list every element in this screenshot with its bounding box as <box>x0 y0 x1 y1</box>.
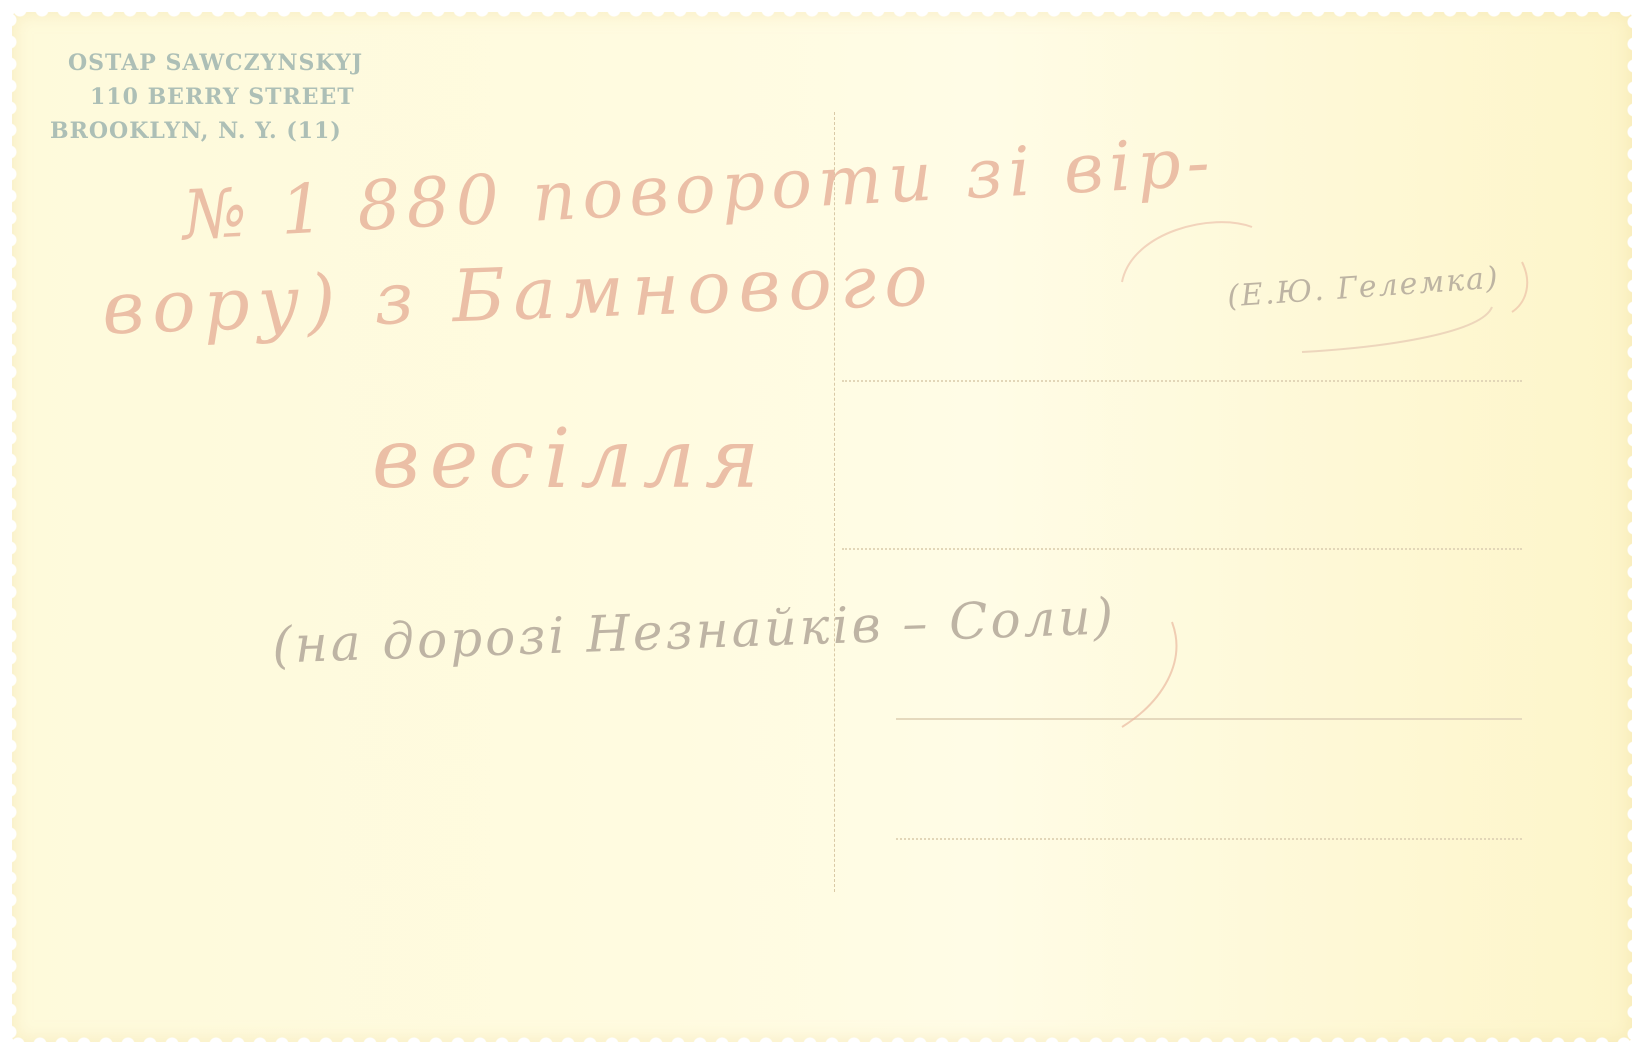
handwriting-line-2: вору) з Бамнового <box>101 237 937 350</box>
address-line-3 <box>896 718 1522 720</box>
center-divider <box>834 112 835 892</box>
handwriting-line-3: весілля <box>372 412 769 507</box>
address-line-1 <box>842 380 1522 382</box>
stamp-city: BROOKLYN, N. Y. (11) <box>50 114 363 148</box>
postcard: OSTAP SAWCZYNSKYJ 110 BERRY STREET BROOK… <box>12 12 1632 1042</box>
stamp-street: 110 BERRY STREET <box>50 80 363 114</box>
deckle-edge-left <box>10 12 20 1042</box>
handwriting-signature: (Е.Ю. Гелемка) <box>1226 261 1501 315</box>
stamp-name: OSTAP SAWCZYNSKYJ <box>50 46 363 80</box>
deckle-edge-right <box>1624 12 1634 1042</box>
address-line-4 <box>896 838 1522 840</box>
handwriting-line-4: (на дорозі Незнайків – Соли) <box>271 587 1117 674</box>
photographer-stamp: OSTAP SAWCZYNSKYJ 110 BERRY STREET BROOK… <box>50 46 363 148</box>
address-line-2 <box>842 548 1522 550</box>
